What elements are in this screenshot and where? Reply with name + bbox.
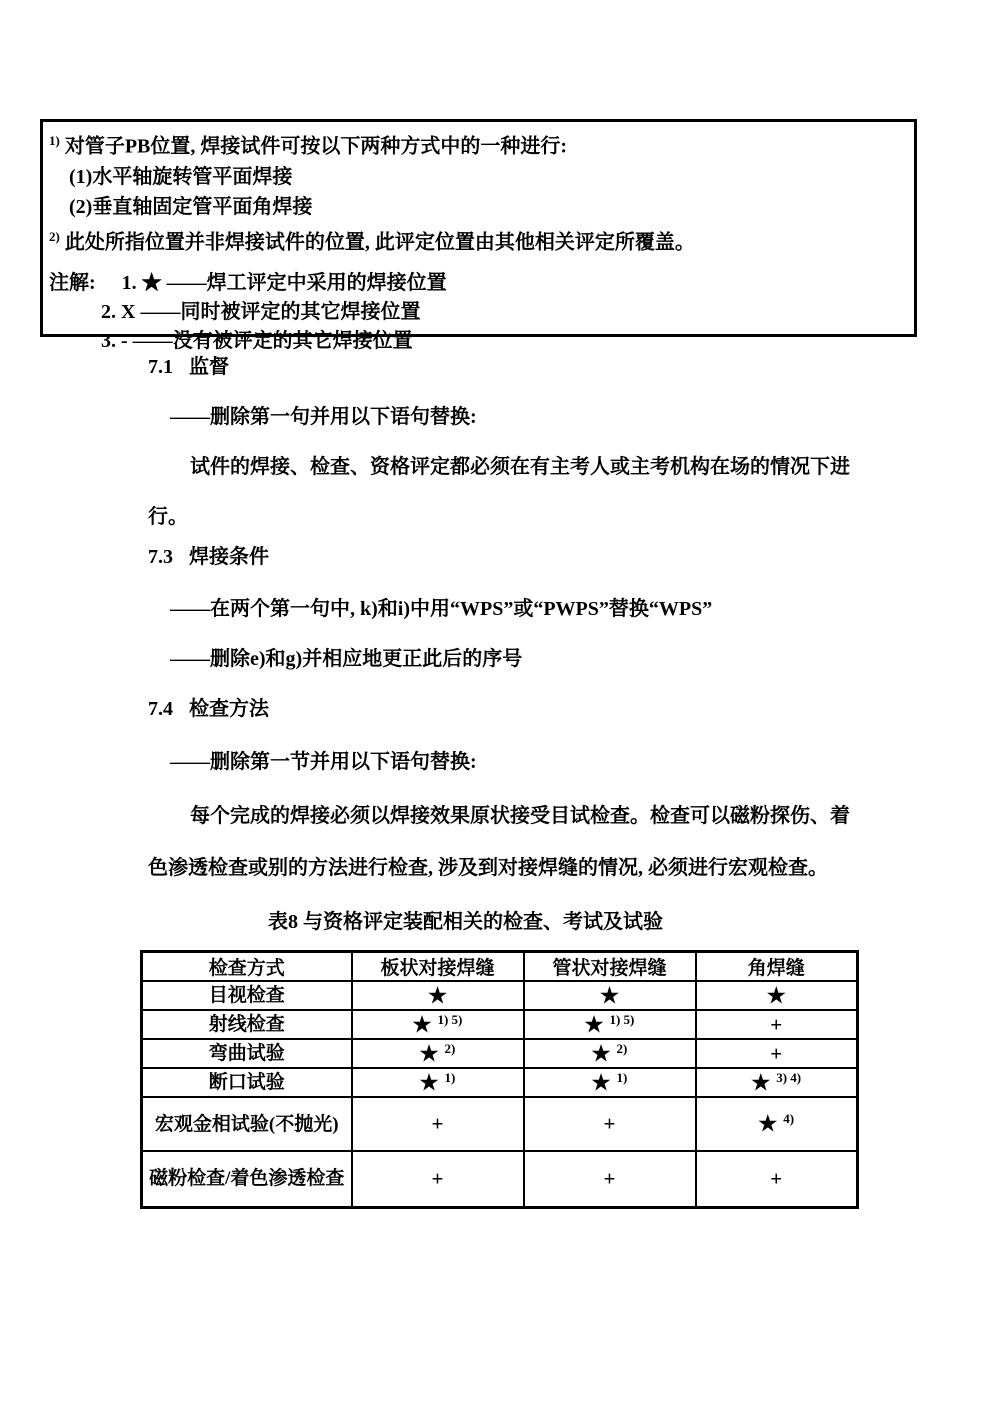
dash-line: ——删除e)和g)并相应地更正此后的序号 xyxy=(170,647,522,671)
paragraph-line: 每个完成的焊接必须以焊接效果原状接受目试检查。检查可以磁粉探伤、着 xyxy=(190,804,850,828)
result-cell: ★ xyxy=(352,981,524,1010)
plus-icon: + xyxy=(604,1112,616,1136)
method-cell: 射线检查 xyxy=(142,1010,352,1039)
result-cell: ★4) xyxy=(696,1097,858,1151)
result-cell: + xyxy=(696,1151,858,1207)
section-number: 7.4 xyxy=(148,698,173,720)
section-title: 监督 xyxy=(189,356,229,378)
section-heading-7-4: 7.4检查方法 xyxy=(148,697,269,721)
result-cell: + xyxy=(352,1097,524,1151)
footnote-ref: 1) xyxy=(444,1070,455,1085)
footnote-ref: 4) xyxy=(783,1111,794,1126)
footnote-ref: 1) 5) xyxy=(437,1012,462,1027)
result-cell: ★2) xyxy=(352,1039,524,1068)
section-heading-7-1: 7.1监督 xyxy=(148,355,229,379)
plus-icon: + xyxy=(604,1166,616,1190)
notes-label: 注解: xyxy=(49,272,96,294)
dash-line: ——在两个第一句中, k)和i)中用“WPS”或“PWPS”替换“WPS” xyxy=(170,597,712,621)
section-title: 焊接条件 xyxy=(189,546,269,568)
result-cell: ★3) 4) xyxy=(696,1068,858,1097)
header-cell-plate-butt: 板状对接焊缝 xyxy=(352,952,524,982)
result-cell: ★1) xyxy=(524,1068,696,1097)
section-number: 7.3 xyxy=(148,546,173,568)
table-header-row: 检查方式 板状对接焊缝 管状对接焊缝 角焊缝 xyxy=(142,952,858,982)
header-cell-fillet: 角焊缝 xyxy=(696,952,858,982)
footnote-1-option-2: (2)垂直轴固定管平面角焊接 xyxy=(49,192,906,222)
footnote-box: 1)对管子PB位置, 焊接试件可按以下两种方式中的一种进行: (1)水平轴旋转管… xyxy=(40,119,917,337)
footnote-1-marker: 1) xyxy=(49,133,60,148)
footnote-ref: 1) xyxy=(616,1070,627,1085)
section-number: 7.1 xyxy=(148,356,173,378)
dash-line: ——删除第一节并用以下语句替换: xyxy=(170,750,477,774)
plus-icon: + xyxy=(770,1166,782,1190)
plus-icon: + xyxy=(432,1112,444,1136)
star-icon: ★ xyxy=(592,1070,611,1094)
footnote-1: 1)对管子PB位置, 焊接试件可按以下两种方式中的一种进行: xyxy=(49,126,906,162)
result-cell: ★1) xyxy=(352,1068,524,1097)
note-item-3: 3. - ——没有被评定的其它焊接位置 xyxy=(49,327,906,356)
table-row: 目视检查 ★ ★ ★ xyxy=(142,981,858,1010)
dash-line: ——删除第一句并用以下语句替换: xyxy=(170,405,477,429)
legend-notes: 注解:1. ★ ——焊工评定中采用的焊接位置 2. X ——同时被评定的其它焊接… xyxy=(49,269,906,356)
result-cell: + xyxy=(524,1151,696,1207)
footnote-ref: 2) xyxy=(444,1041,455,1056)
paragraph-line: 色渗透检查或别的方法进行检查, 涉及到对接焊缝的情况, 必须进行宏观检查。 xyxy=(148,856,828,880)
header-cell-method: 检查方式 xyxy=(142,952,352,982)
footnote-2-marker: 2) xyxy=(49,229,60,244)
result-cell: + xyxy=(696,1039,858,1068)
result-cell: + xyxy=(696,1010,858,1039)
star-icon: ★ xyxy=(413,1012,432,1036)
table-row: 弯曲试验 ★2) ★2) + xyxy=(142,1039,858,1068)
star-icon: ★ xyxy=(420,1041,439,1065)
footnote-ref: 1) 5) xyxy=(609,1012,634,1027)
footnote-2-text: 此处所指位置并非焊接试件的位置, 此评定位置由其他相关评定所覆盖。 xyxy=(65,231,695,253)
footnote-ref: 3) 4) xyxy=(776,1070,801,1085)
note-item-2: 2. X ——同时被评定的其它焊接位置 xyxy=(49,298,906,327)
method-cell: 弯曲试验 xyxy=(142,1039,352,1068)
result-cell: ★1) 5) xyxy=(524,1010,696,1039)
document-page: 1)对管子PB位置, 焊接试件可按以下两种方式中的一种进行: (1)水平轴旋转管… xyxy=(0,0,992,1403)
star-icon: ★ xyxy=(420,1070,439,1094)
result-cell: ★1) 5) xyxy=(352,1010,524,1039)
qualification-test-table: 检查方式 板状对接焊缝 管状对接焊缝 角焊缝 目视检查 ★ ★ ★ 射线检查 ★… xyxy=(140,950,859,1209)
result-cell: ★2) xyxy=(524,1039,696,1068)
star-icon: ★ xyxy=(600,983,619,1007)
note-item-1: 1. ★ ——焊工评定中采用的焊接位置 xyxy=(122,272,447,294)
paragraph-line: 试件的焊接、检查、资格评定都必须在有主考人或主考机构在场的情况下进 xyxy=(190,455,850,479)
method-cell: 磁粉检查/着色渗透检查 xyxy=(142,1151,352,1207)
footnote-2: 2)此处所指位置并非焊接试件的位置, 此评定位置由其他相关评定所覆盖。 xyxy=(49,222,906,258)
result-cell: + xyxy=(524,1097,696,1151)
star-icon: ★ xyxy=(592,1041,611,1065)
paragraph-line: 行。 xyxy=(148,505,188,529)
result-cell: ★ xyxy=(524,981,696,1010)
plus-icon: + xyxy=(770,1041,782,1065)
table-title: 表8 与资格评定装配相关的检查、考试及试验 xyxy=(268,905,663,934)
method-cell: 宏观金相试验(不抛光) xyxy=(142,1097,352,1151)
star-icon: ★ xyxy=(428,983,447,1007)
notes-line-1: 注解:1. ★ ——焊工评定中采用的焊接位置 xyxy=(49,269,906,298)
header-cell-pipe-butt: 管状对接焊缝 xyxy=(524,952,696,982)
footnote-ref: 2) xyxy=(616,1041,627,1056)
plus-icon: + xyxy=(770,1012,782,1036)
table-row: 射线检查 ★1) 5) ★1) 5) + xyxy=(142,1010,858,1039)
method-cell: 目视检查 xyxy=(142,981,352,1010)
star-icon: ★ xyxy=(758,1112,777,1136)
footnote-1-text: 对管子PB位置, 焊接试件可按以下两种方式中的一种进行: xyxy=(65,136,567,158)
footnote-1-option-1: (1)水平轴旋转管平面焊接 xyxy=(49,162,906,192)
table-row: 断口试验 ★1) ★1) ★3) 4) xyxy=(142,1068,858,1097)
method-cell: 断口试验 xyxy=(142,1068,352,1097)
table-row: 宏观金相试验(不抛光) + + ★4) xyxy=(142,1097,858,1151)
star-icon: ★ xyxy=(585,1012,604,1036)
star-icon: ★ xyxy=(751,1070,770,1094)
table-row: 磁粉检查/着色渗透检查 + + + xyxy=(142,1151,858,1207)
plus-icon: + xyxy=(432,1166,444,1190)
result-cell: + xyxy=(352,1151,524,1207)
section-heading-7-3: 7.3焊接条件 xyxy=(148,545,269,569)
star-icon: ★ xyxy=(767,983,786,1007)
section-title: 检查方法 xyxy=(189,698,269,720)
result-cell: ★ xyxy=(696,981,858,1010)
